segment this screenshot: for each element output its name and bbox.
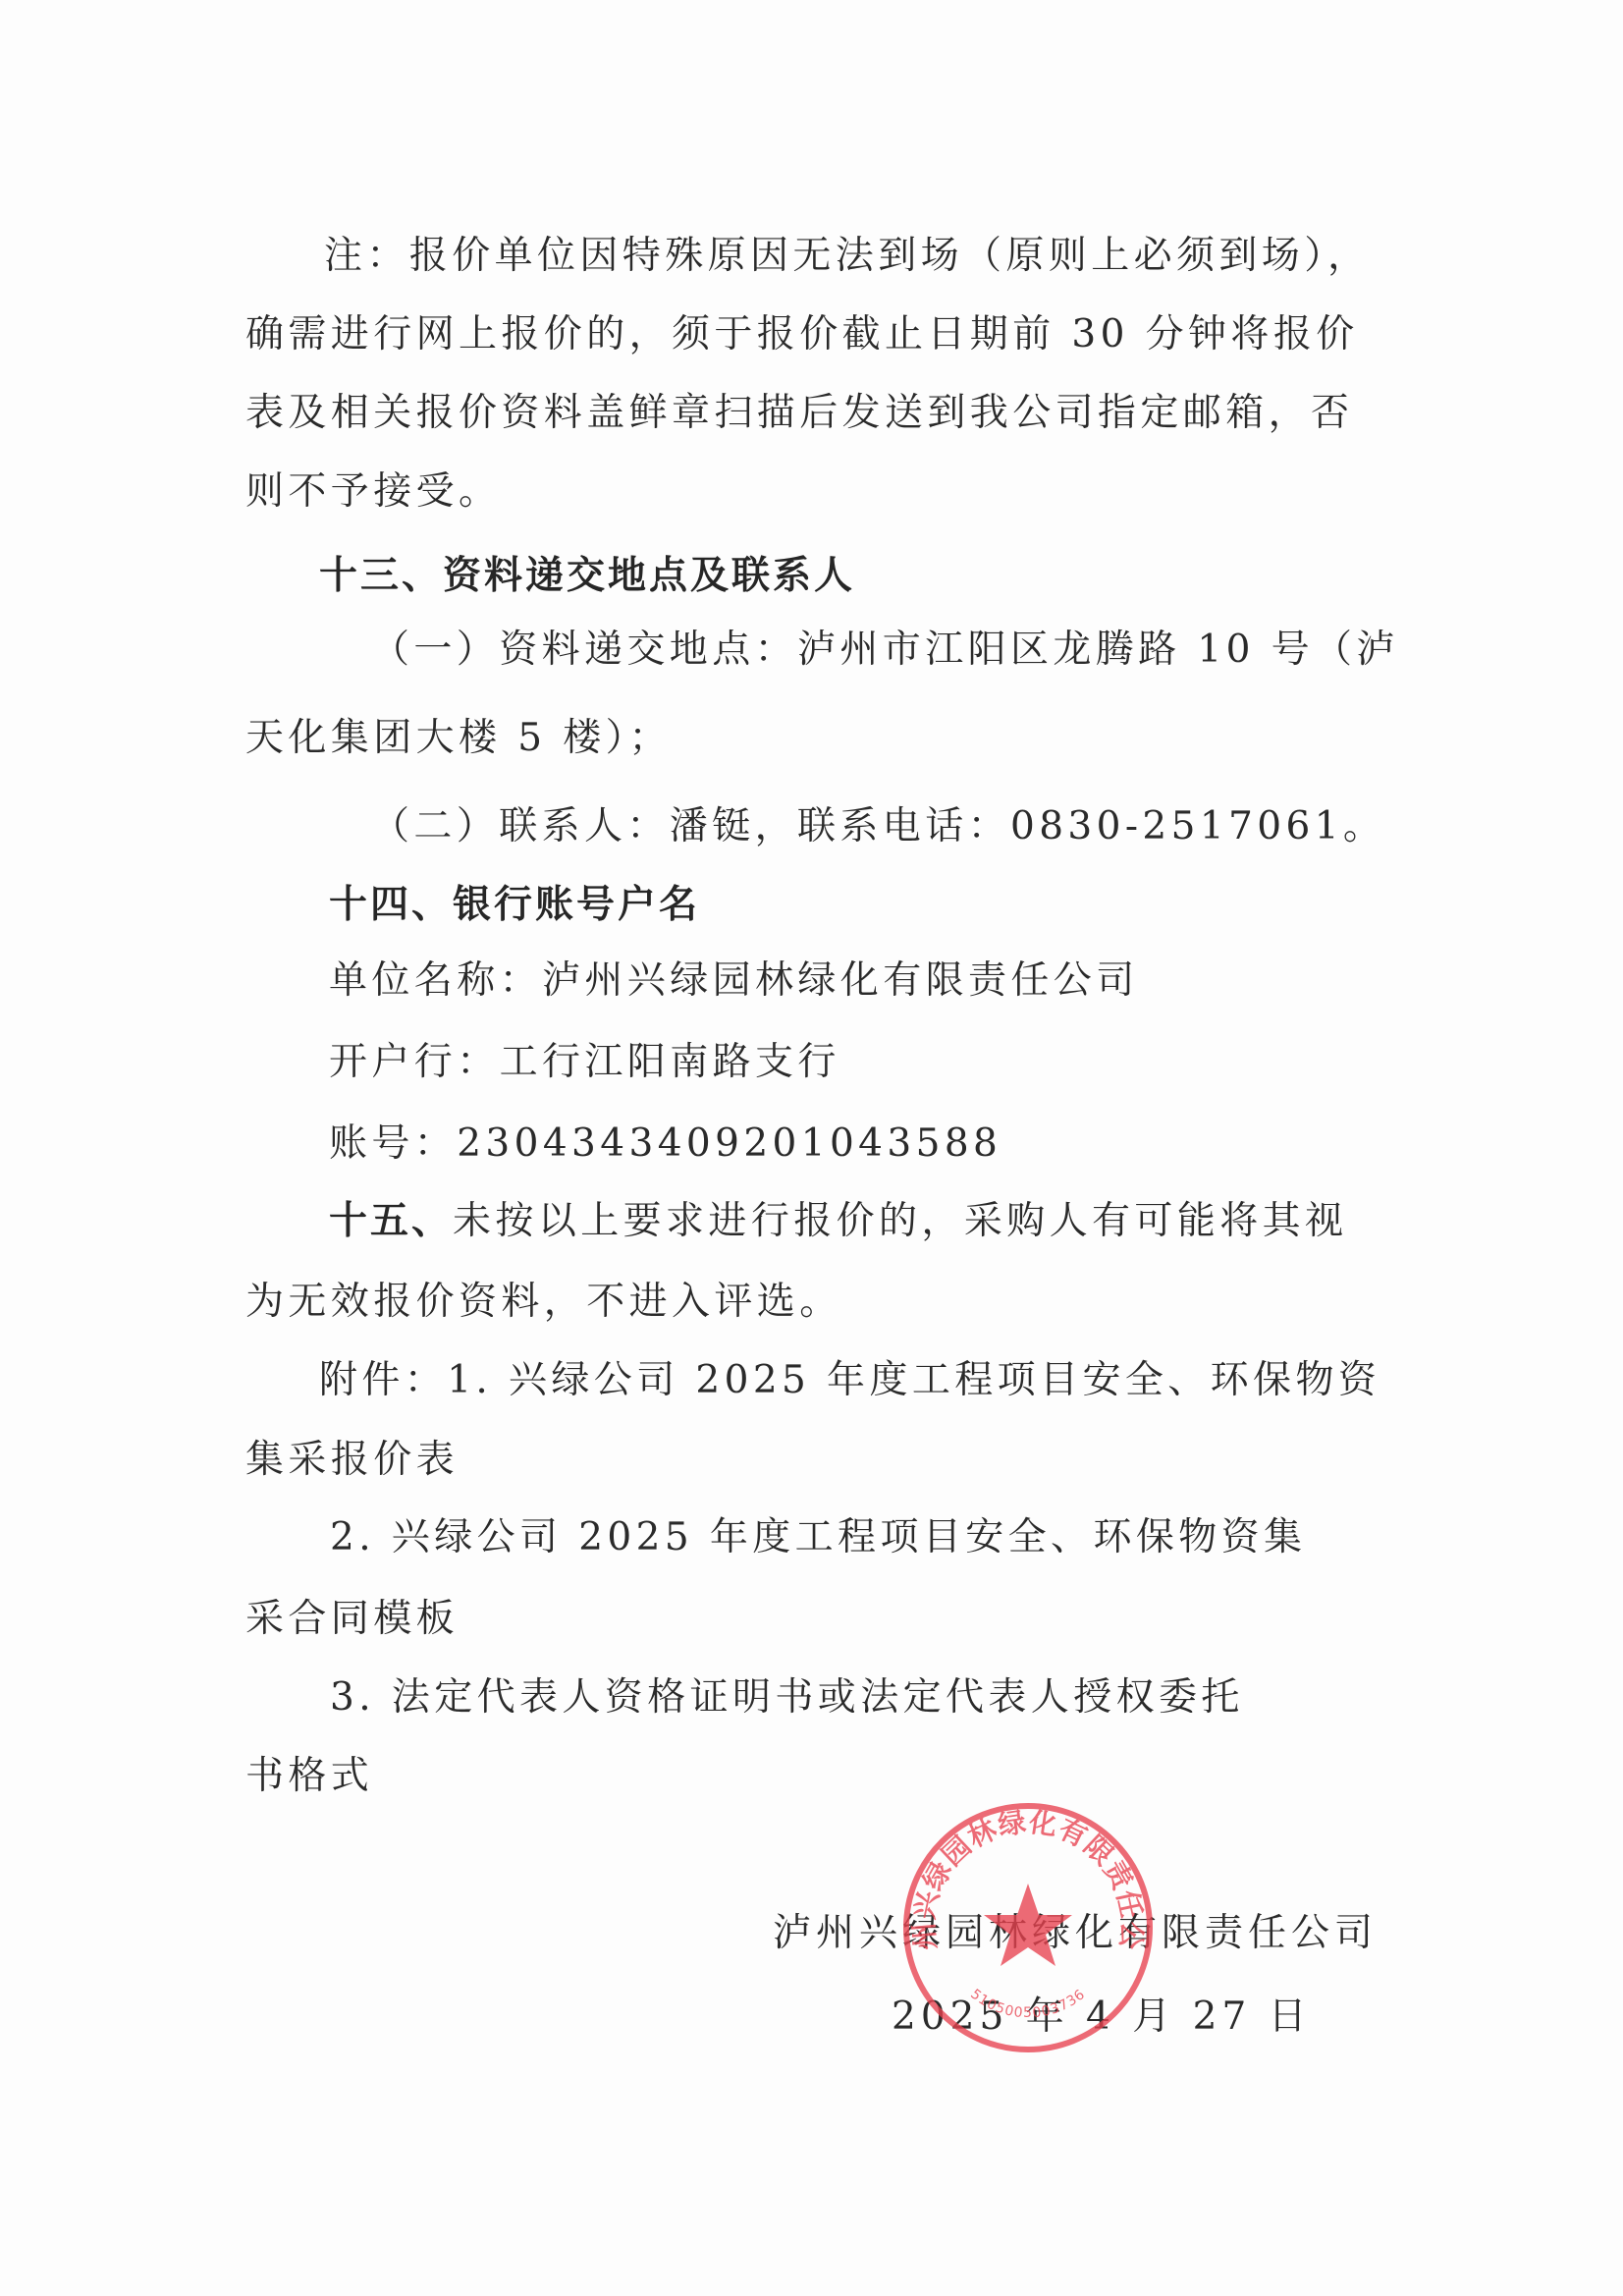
section-13-item-1-line-1: （一）资料递交地点：泸州市江阳区龙腾路 10 号（泸: [371, 627, 1399, 674]
section-13-item-1-line-2: 天化集团大楼 5 楼）；: [245, 715, 672, 762]
note-line-2: 确需进行网上报价的，须于报价截止日期前 30 分钟将报价: [245, 311, 1359, 358]
attachment-3-line-2: 书格式: [245, 1753, 373, 1800]
attachment-1-line-2: 集采报价表: [245, 1437, 459, 1484]
attachment-2-line-2: 采合同模板: [245, 1596, 459, 1643]
note-line-1: 注：报价单位因特殊原因无法到场（原则上必须到场），: [324, 233, 1371, 280]
account-number: 账号：2304343409201043588: [329, 1121, 1001, 1168]
section-14-heading: 十四、银行账号户名: [329, 882, 700, 929]
attachment-3-line-1: 3. 法定代表人资格证明书或法定代表人授权委托: [330, 1674, 1244, 1722]
section-13-item-2: （二）联系人：潘铤，联系电话：0830-2517061。: [371, 803, 1385, 850]
star-icon: [984, 1884, 1072, 1966]
stamp-code: 5105005003736: [967, 1987, 1088, 2022]
section-15-line-2: 为无效报价资料，不进入评选。: [245, 1279, 842, 1326]
section-15-heading: 十五、: [329, 1199, 453, 1243]
note-line-4: 则不予接受。: [245, 468, 501, 516]
svg-text:5105005003736: 5105005003736: [967, 1987, 1088, 2022]
note-line-3: 表及相关报价资料盖鲜章扫描后发送到我公司指定邮箱，否: [245, 390, 1353, 437]
section-15-line-1: 十五、未按以上要求进行报价的，采购人有可能将其视: [329, 1198, 1347, 1245]
attachment-2-line-1: 2. 兴绿公司 2025 年度工程项目安全、环保物资集: [330, 1514, 1306, 1561]
section-15-text: 未按以上要求进行报价的，采购人有可能将其视: [453, 1199, 1347, 1243]
unit-name: 单位名称：泸州兴绿园林绿化有限责任公司: [329, 957, 1139, 1005]
bank-name: 开户行：工行江阳南路支行: [329, 1039, 840, 1086]
company-seal-stamp: 泸州兴绿园林绿化有限责任公司 5105005003736: [899, 1799, 1157, 2056]
attachment-1-line-1: 附件：1. 兴绿公司 2025 年度工程项目安全、环保物资: [319, 1357, 1380, 1404]
document-page: 注：报价单位因特殊原因无法到场（原则上必须到场）， 确需进行网上报价的，须于报价…: [0, 0, 1623, 2296]
section-13-heading: 十三、资料递交地点及联系人: [319, 553, 855, 600]
